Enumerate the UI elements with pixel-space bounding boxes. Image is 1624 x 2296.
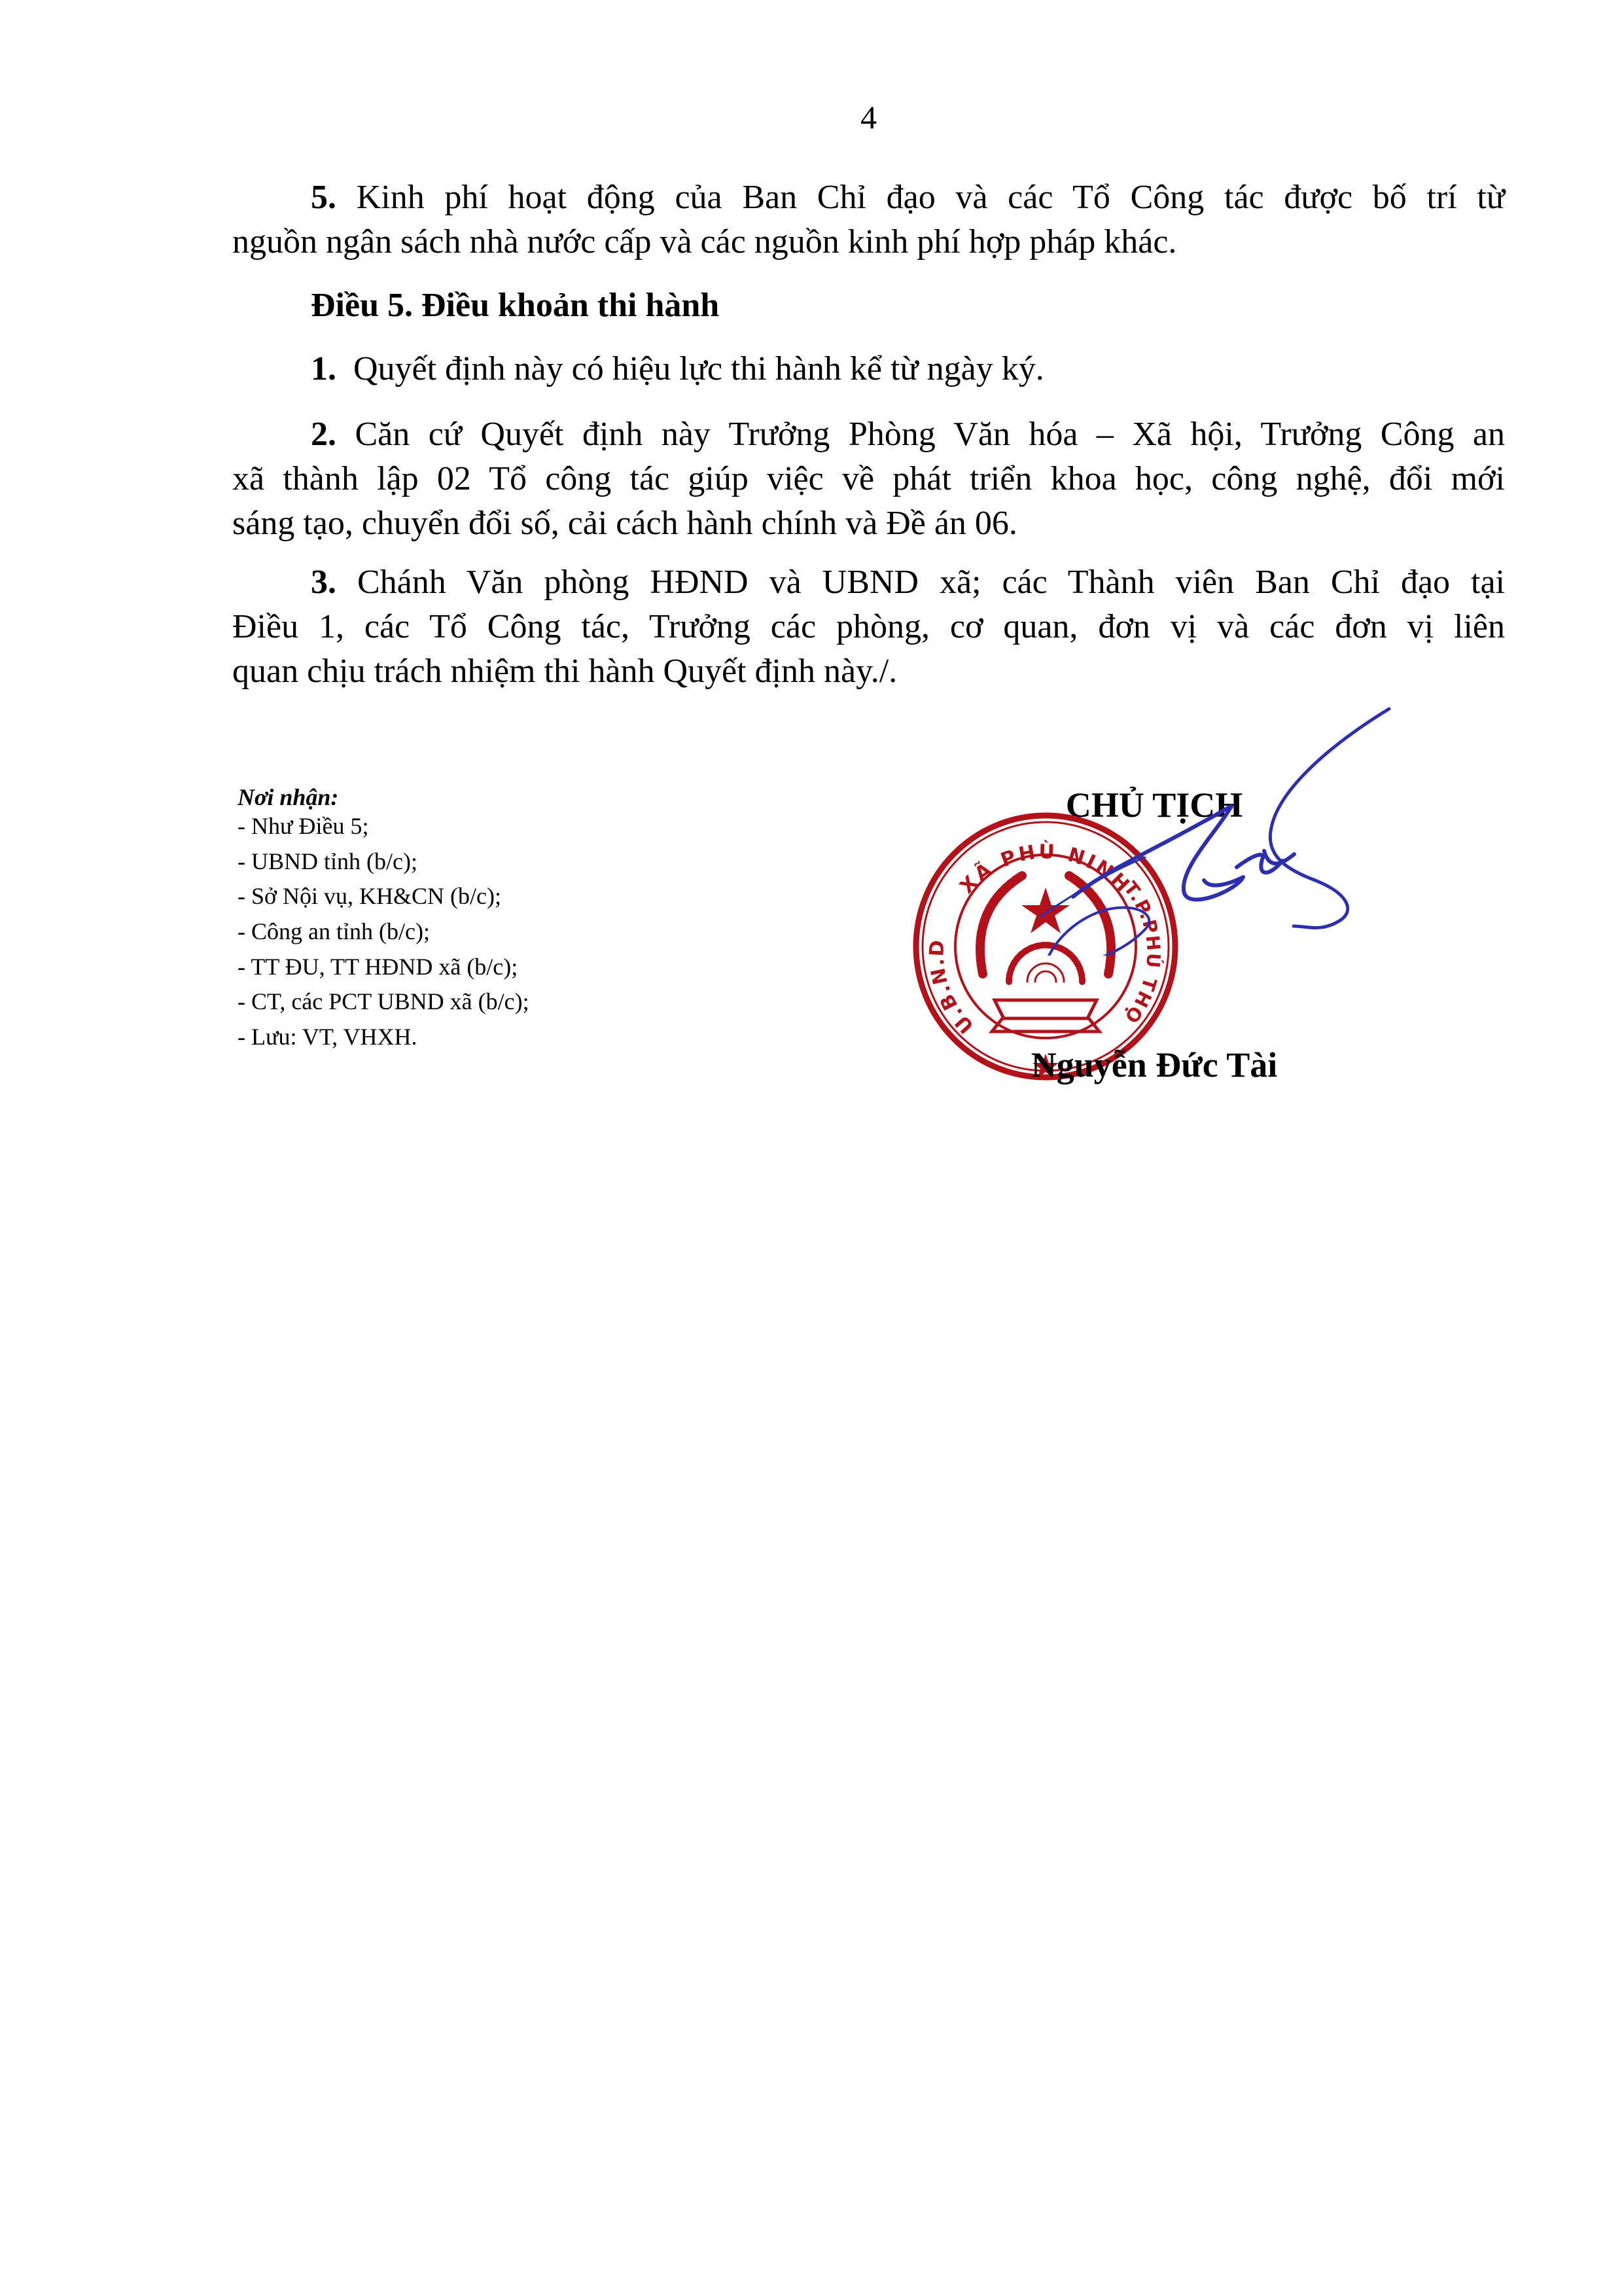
paragraph-line: 5. Kinh phí hoạt động của Ban Chỉ đạo và…	[232, 175, 1505, 220]
paragraph-line: 3. Chánh Văn phòng HĐND và UBND xã; các …	[232, 560, 1505, 605]
signer-title: CHỦ TỊCH	[958, 785, 1350, 825]
paragraph-line: sáng tạo, chuyển đổi số, cải cách hành c…	[232, 501, 1505, 546]
paragraph-line: Điều 1, các Tổ Công tác, Trưởng các phòn…	[232, 605, 1505, 649]
svg-text:T.P.PHÚ THỌ: T.P.PHÚ THỌ	[1120, 878, 1165, 1028]
recipient-item: - TT ĐU, TT HĐND xã (b/c);	[238, 950, 529, 985]
item-number: 3.	[311, 564, 336, 601]
document-page: 4 5. Kinh phí hoạt động của Ban Chỉ đạo …	[0, 0, 1624, 2296]
clause-number: 5.	[311, 179, 336, 216]
paragraph-line: xã thành lập 02 Tổ công tác giúp việc về…	[232, 457, 1505, 501]
paragraph-line: 2. Căn cứ Quyết định này Trưởng Phòng Vă…	[232, 412, 1505, 457]
recipient-item: - CT, các PCT UBND xã (b/c);	[238, 984, 529, 1020]
svg-text:XÃ PHÙ NINH: XÃ PHÙ NINH	[956, 839, 1136, 898]
recipient-item: - Lưu: VT, VHXH.	[238, 1020, 529, 1055]
paragraph-line: 1. Quyết định này có hiệu lực thi hành k…	[232, 347, 1505, 391]
paragraph-line: nguồn ngân sách nhà nước cấp và các nguồ…	[232, 220, 1505, 264]
item-3-paragraph: 3. Chánh Văn phòng HĐND và UBND xã; các …	[232, 560, 1505, 694]
recipients-list: - Như Điều 5; - UBND tỉnh (b/c); - Sở Nộ…	[238, 809, 529, 1055]
recipient-item: - UBND tỉnh (b/c);	[238, 844, 529, 880]
official-seal-icon: XÃ PHÙ NINH U.B.N.D T.P.PHÚ THỌ	[911, 810, 1180, 1083]
item-number: 2.	[311, 416, 336, 453]
clause-5-paragraph: 5. Kinh phí hoạt động của Ban Chỉ đạo và…	[232, 175, 1505, 264]
signer-name: Nguyễn Đức Tài	[958, 1045, 1350, 1085]
recipient-item: - Sở Nội vụ, KH&CN (b/c);	[238, 879, 529, 914]
item-1-paragraph: 1. Quyết định này có hiệu lực thi hành k…	[232, 347, 1505, 391]
recipient-item: - Công an tỉnh (b/c);	[238, 914, 529, 950]
recipient-item: - Như Điều 5;	[238, 809, 529, 844]
svg-text:U.B.N.D: U.B.N.D	[925, 938, 978, 1037]
item-2-paragraph: 2. Căn cứ Quyết định này Trưởng Phòng Vă…	[232, 412, 1505, 546]
article-heading: Điều 5. Điều khoản thi hành	[311, 283, 719, 328]
item-number: 1.	[311, 350, 336, 387]
page-number: 4	[232, 99, 1505, 136]
paragraph-line: quan chịu trách nhiệm thi hành Quyết địn…	[232, 649, 1505, 694]
